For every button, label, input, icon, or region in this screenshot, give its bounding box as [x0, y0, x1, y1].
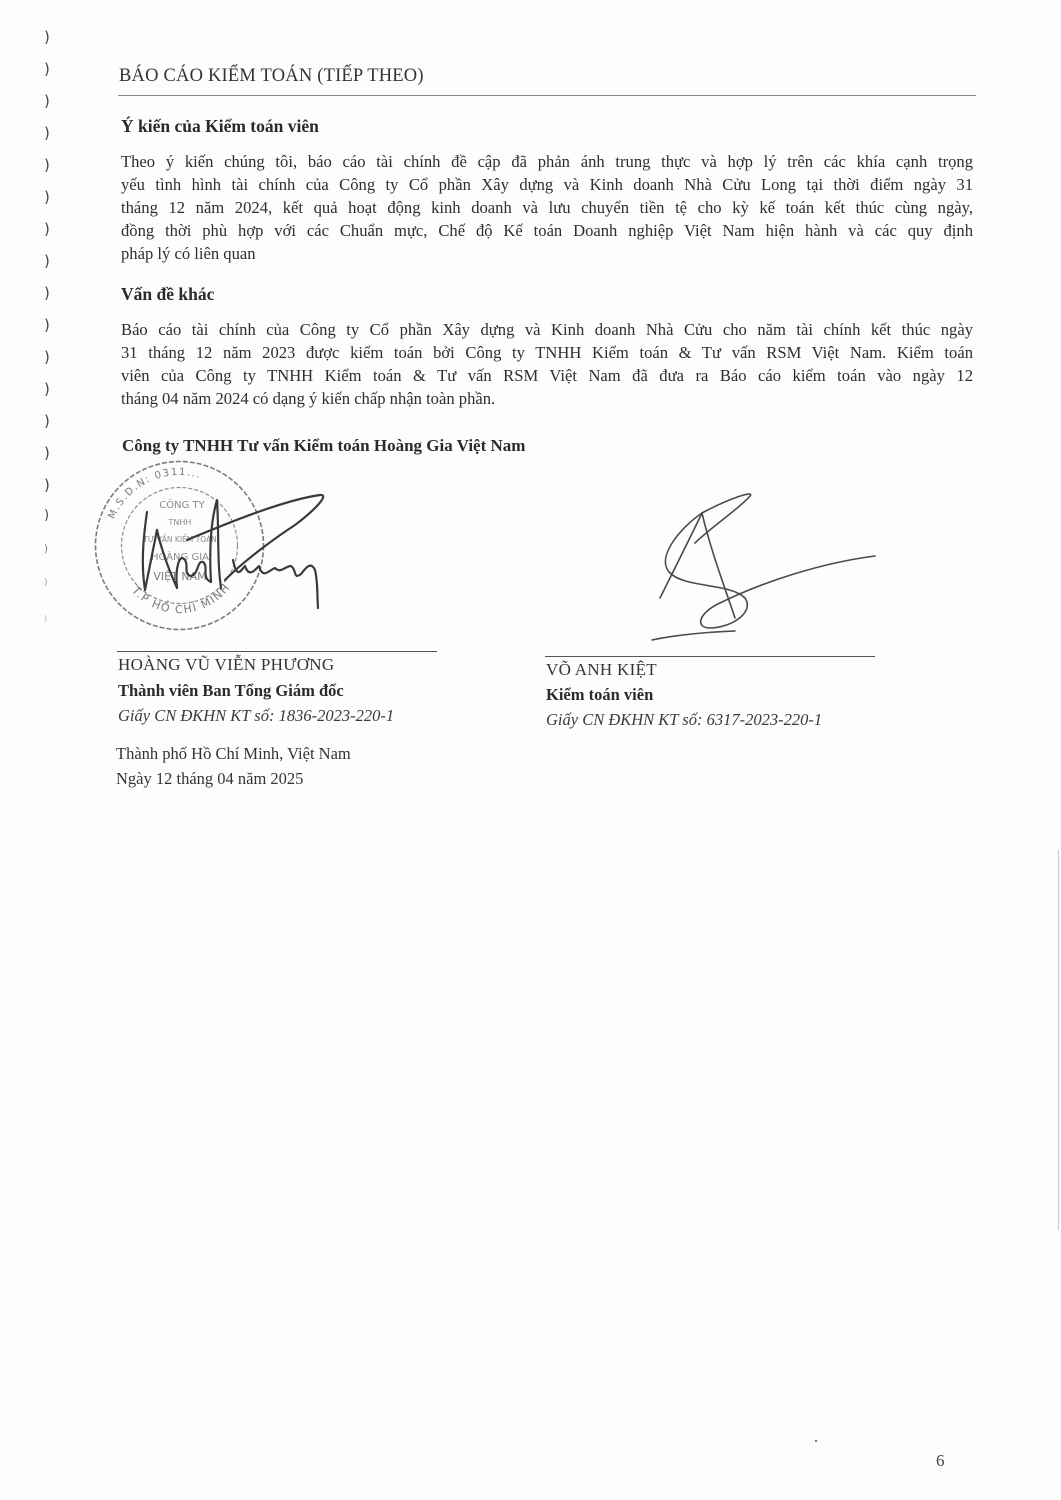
binding-hole-icon: ): [44, 348, 50, 366]
signature-line-left: [117, 651, 437, 652]
binding-hole-icon: ): [44, 476, 50, 494]
paragraph-line: tháng 12 năm 2024, kết quả hoạt động kin…: [121, 196, 973, 219]
paragraph-line: Báo cáo tài chính của Công ty Cổ phần Xâ…: [121, 318, 973, 341]
report-place: Thành phố Hồ Chí Minh, Việt Nam: [116, 744, 351, 764]
binding-hole-icon: ): [44, 316, 50, 334]
signatory-right-certificate: Giấy CN ĐKHN KT số: 6317-2023-220-1: [546, 710, 822, 730]
document-page: ) ) ) ) ) ) ) ) ) ) ) ) ) ) ) ) ) ) ) BÁ…: [0, 0, 1061, 1500]
binding-hole-icon: ): [44, 92, 50, 110]
opinion-paragraph: Theo ý kiến chúng tôi, báo cáo tài chính…: [121, 150, 973, 265]
other-matter-paragraph: Báo cáo tài chính của Công ty Cổ phần Xâ…: [121, 318, 973, 410]
binding-hole-icon: ): [44, 614, 47, 623]
paragraph-line: đồng thời phù hợp với các Chuẩn mực, Chế…: [121, 219, 973, 242]
opinion-heading: Ý kiến của Kiểm toán viên: [121, 116, 319, 137]
report-header-title: BÁO CÁO KIỂM TOÁN (TIẾP THEO): [119, 66, 424, 87]
paragraph-line: 31 tháng 12 năm 2023 được kiểm toán bởi …: [121, 341, 973, 364]
page-number: 6: [936, 1451, 945, 1471]
other-matter-heading: Vấn đề khác: [121, 284, 214, 305]
scan-speck: [815, 1440, 817, 1442]
binding-hole-icon: ): [44, 380, 50, 398]
paragraph-line: yếu tình hình tài chính của Công ty Cổ p…: [121, 173, 973, 196]
signatory-left-name: HOÀNG VŨ VIỄN PHƯƠNG: [118, 655, 334, 675]
signature-right-icon: [640, 488, 880, 648]
binding-hole-icon: ): [44, 60, 50, 78]
binding-hole-icon: ): [44, 508, 49, 523]
signatory-left-role: Thành viên Ban Tổng Giám đốc: [118, 681, 344, 701]
binding-hole-icon: ): [44, 124, 50, 142]
binding-hole-icon: ): [44, 544, 48, 555]
signatory-right-role: Kiểm toán viên: [546, 685, 653, 705]
paragraph-line: viên của Công ty TNHH Kiểm toán & Tư vấn…: [121, 364, 973, 387]
header-divider: [118, 95, 976, 96]
signatory-left-certificate: Giấy CN ĐKHN KT số: 1836-2023-220-1: [118, 706, 394, 726]
binding-hole-icon: ): [44, 252, 50, 270]
signatory-right-name: VÕ ANH KIỆT: [546, 660, 657, 680]
binding-hole-icon: ): [44, 578, 48, 588]
binding-hole-icon: ): [44, 444, 50, 462]
signature-line-right: [545, 656, 875, 657]
report-date: Ngày 12 tháng 04 năm 2025: [116, 769, 303, 789]
audit-firm-name: Công ty TNHH Tư vấn Kiểm toán Hoàng Gia …: [122, 436, 525, 456]
signature-left-icon: [125, 470, 340, 610]
binding-hole-icon: ): [44, 188, 50, 206]
binding-hole-icon: ): [44, 220, 50, 238]
binding-hole-icon: ): [44, 28, 50, 46]
paragraph-line: pháp lý có liên quan: [121, 242, 973, 265]
binding-hole-icon: ): [44, 156, 50, 174]
paragraph-line: Theo ý kiến chúng tôi, báo cáo tài chính…: [121, 150, 973, 173]
binding-hole-icon: ): [44, 284, 50, 302]
paragraph-line: tháng 04 năm 2024 có dạng ý kiến chấp nh…: [121, 387, 973, 410]
scan-edge-line: [1058, 850, 1059, 1230]
binding-hole-icon: ): [44, 412, 50, 430]
